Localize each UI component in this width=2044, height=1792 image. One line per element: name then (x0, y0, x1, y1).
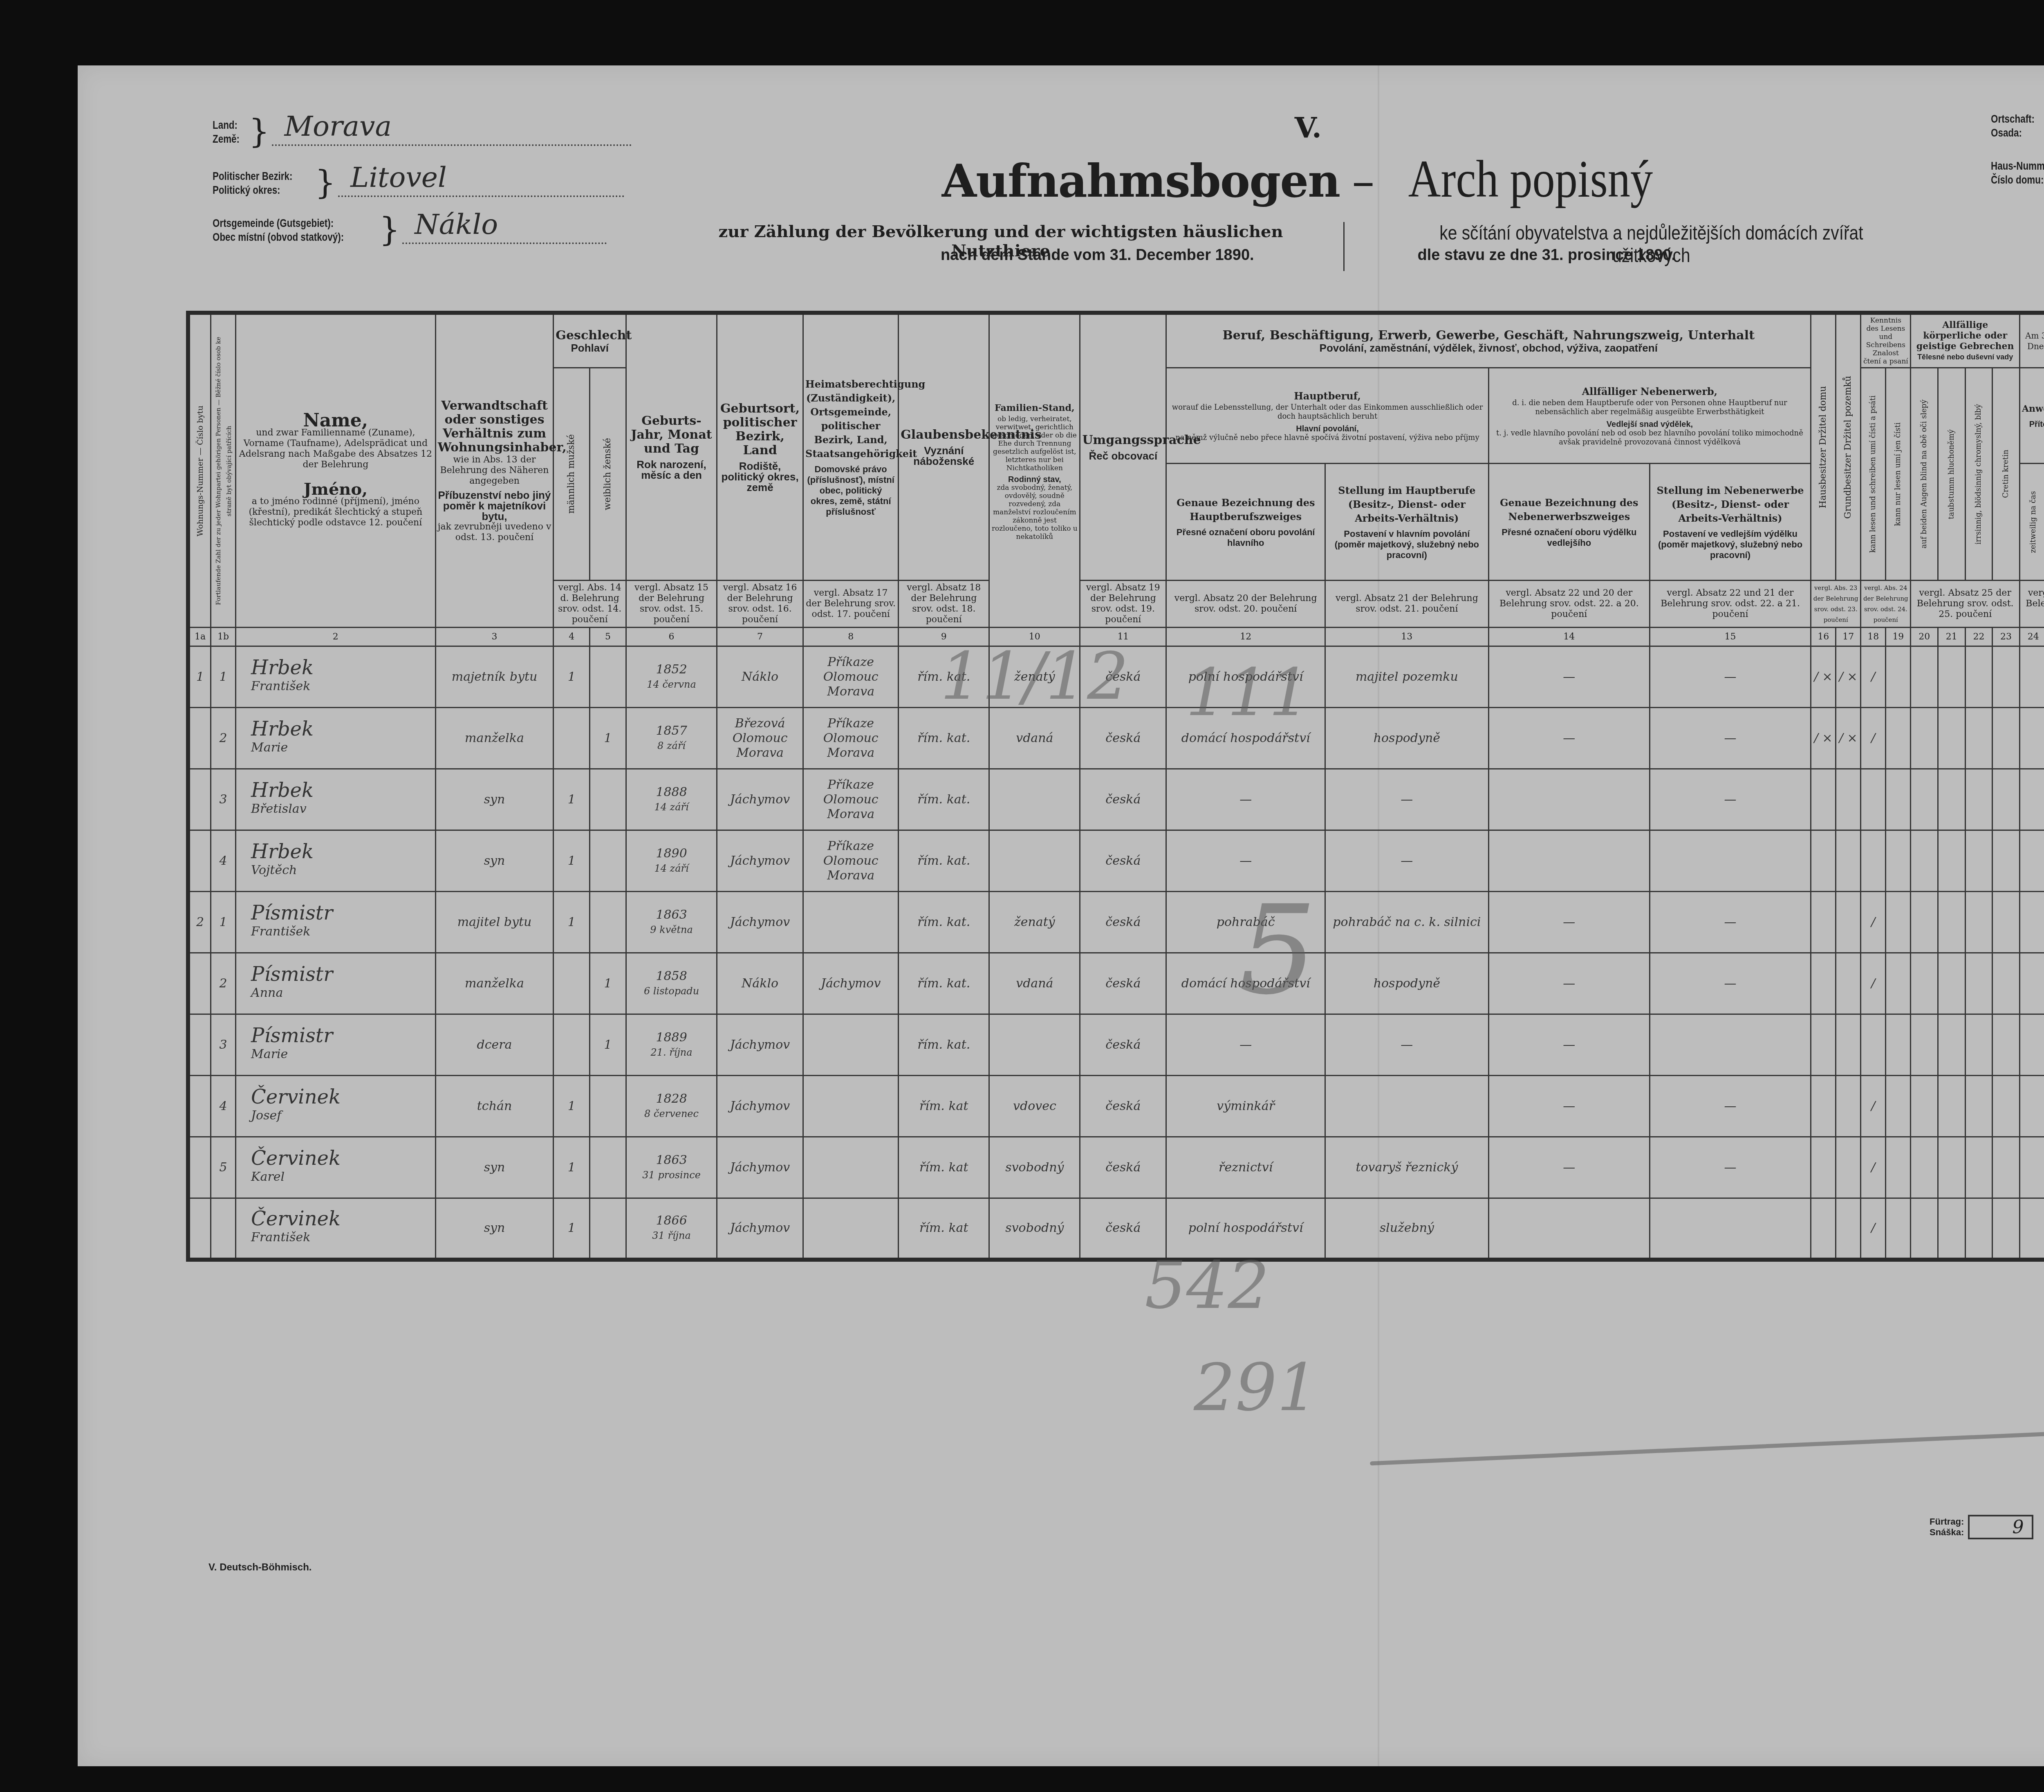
birth-day: 14 září (629, 800, 714, 814)
cell-c19 (1886, 769, 1911, 830)
cell-c14: — (1488, 708, 1650, 769)
cell-c9: řím. kat (899, 1137, 989, 1198)
cell-c1a (188, 1198, 211, 1260)
cell-c1b: 2 (211, 953, 236, 1014)
col-21-header: taubstumm hluchoněmý (1938, 368, 1966, 581)
surname: Písmistr (239, 906, 433, 920)
cell-c24 (2019, 953, 2044, 1014)
birth-day: 14 června (629, 677, 714, 692)
birth-year: 1866 (629, 1213, 714, 1228)
col-17-header: Grundbesitzer Držitel pozemků (1836, 313, 1861, 581)
cell-c8 (803, 892, 899, 953)
cell-c22 (1965, 646, 1992, 708)
name-cell: PísmistrAnna (236, 953, 436, 1014)
given-name: Anna (239, 986, 433, 1000)
cell-c3: manželka (435, 708, 554, 769)
cell-c11: česká (1080, 1198, 1166, 1260)
table-row: 4ČervinekJoseftchán118288 červenecJáchym… (188, 1076, 2044, 1137)
cell-c5 (590, 1137, 626, 1198)
note-13: vergl. Absatz 21 der Belehrung srov. ods… (1325, 581, 1489, 628)
cell-c18: / (1861, 1076, 1886, 1137)
cell-c13: — (1325, 769, 1489, 830)
column-number: 19 (1886, 628, 1911, 646)
birth-date-cell: 18578 září (626, 708, 717, 769)
cell-c7: Jáchymov (717, 892, 803, 953)
cell-c12: — (1166, 769, 1325, 830)
cell-c15 (1650, 1014, 1811, 1076)
birth-year: 1863 (629, 908, 714, 922)
col-4-header: männlich mužské (554, 368, 590, 581)
birth-year: 1888 (629, 785, 714, 800)
col-19-header: kann nur lesen umí jen čísti (1886, 368, 1911, 581)
column-number: 13 (1325, 628, 1489, 646)
cell-c9: řím. kat (899, 1198, 989, 1260)
cell-c13: — (1325, 1014, 1489, 1076)
cell-c20 (1911, 953, 1938, 1014)
column-number: 8 (803, 628, 899, 646)
note-9: vergl. Absatz 18 der Belehrung srov. ods… (899, 581, 989, 628)
cell-c13: hospodyně (1325, 708, 1489, 769)
cell-c12: — (1166, 1014, 1325, 1076)
note-12: vergl. Absatz 20 der Belehrung srov. ods… (1166, 581, 1325, 628)
column-number: 9 (899, 628, 989, 646)
cell-c13 (1325, 1076, 1489, 1137)
cell-c1b: 4 (211, 830, 236, 892)
column-number: 24 (2019, 628, 2044, 646)
cell-c13: — (1325, 830, 1489, 892)
column-number: 6 (626, 628, 717, 646)
cell-c21 (1938, 1076, 1966, 1137)
cell-c13: tovaryš řeznický (1325, 1137, 1489, 1198)
col-10-header: Familien-Stand, ob ledig, verheiratet, v… (989, 313, 1080, 628)
cell-c10: vdaná (989, 708, 1080, 769)
note-15: vergl. Absatz 22 und 21 der Belehrung sr… (1650, 581, 1811, 628)
cell-c12: výminkář (1166, 1076, 1325, 1137)
cell-c14: — (1488, 1014, 1650, 1076)
cell-c10: vdaná (989, 953, 1080, 1014)
birth-year: 1889 (629, 1030, 714, 1045)
cell-c7: Jáchymov (717, 1198, 803, 1260)
cell-c12: domácí hospodářství (1166, 708, 1325, 769)
birth-day: 31 prosince (629, 1168, 714, 1182)
cell-c22 (1965, 830, 1992, 892)
cell-c11: česká (1080, 1076, 1166, 1137)
cell-c24 (2019, 1076, 2044, 1137)
cell-c12: pohrabáč (1166, 892, 1325, 953)
note-11: vergl. Absatz 19 der Belehrung srov. ods… (1080, 581, 1166, 628)
column-number: 1b (211, 628, 236, 646)
cell-c8 (803, 1198, 899, 1260)
cell-c19 (1886, 953, 1911, 1014)
cell-c14: — (1488, 1076, 1650, 1137)
table-row: 3HrbekBřetislavsyn1188814 záříJáchymovPř… (188, 769, 2044, 830)
note-16-17: vergl. Abs. 23 der Belehrung srov. odst.… (1811, 581, 1861, 628)
cell-c9: řím. kat. (899, 830, 989, 892)
cell-c10: vdovec (989, 1076, 1080, 1137)
cell-c5 (590, 769, 626, 830)
cell-c20 (1911, 1137, 1938, 1198)
cell-c22 (1965, 892, 1992, 953)
cell-c1a (188, 769, 211, 830)
printer-note: V. Deutsch-Böhmisch. (208, 1562, 312, 1573)
cell-c24 (2019, 1198, 2044, 1260)
birth-year: 1863 (629, 1153, 714, 1168)
cell-c20 (1911, 1014, 1938, 1076)
cell-c10: ženatý (989, 646, 1080, 708)
cell-c17 (1836, 1198, 1861, 1260)
cell-c23 (1992, 830, 2020, 892)
col-14-header: Genaue Bezeichnung des Nebenerwerbszweig… (1488, 464, 1650, 581)
title-cz: Arch popisný (1408, 148, 1653, 210)
cell-c16: / × (1811, 646, 1836, 708)
given-name: František (239, 679, 433, 694)
cell-c17 (1836, 830, 1861, 892)
cell-c1a (188, 1014, 211, 1076)
cell-c9: řím. kat. (899, 892, 989, 953)
column-number-row: 1a1b234567891011121314151617181920212223… (188, 628, 2044, 646)
cell-c5: 1 (590, 1014, 626, 1076)
column-number: 3 (435, 628, 554, 646)
cell-c20 (1911, 892, 1938, 953)
cell-c15: — (1650, 769, 1811, 830)
cell-c17 (1836, 1014, 1861, 1076)
col-2-header: Name, und zwar Familienname (Zuname), Vo… (236, 313, 436, 628)
cell-c11: česká (1080, 708, 1166, 769)
cell-c19 (1886, 892, 1911, 953)
cell-c8: Příkaze Olomouc Morava (803, 769, 899, 830)
cell-c11: česká (1080, 646, 1166, 708)
cell-c10 (989, 830, 1080, 892)
cell-c23 (1992, 708, 2020, 769)
cell-c17 (1836, 1076, 1861, 1137)
cell-c11: česká (1080, 830, 1166, 892)
surname: Písmistr (239, 1028, 433, 1043)
given-name: František (239, 1230, 433, 1245)
given-name: Marie (239, 1047, 433, 1062)
header-row-1: Wohnungs-Nummer — Číslo bytu Fortlaufend… (188, 313, 2044, 368)
bezirk-label-cz: Politický okres: (213, 183, 292, 197)
name-cell: PísmistrMarie (236, 1014, 436, 1076)
cell-c8 (803, 1076, 899, 1137)
title-block: V. Aufnahmsbogen – Arch popisný zur Zähl… (675, 110, 1942, 264)
birth-year: 1858 (629, 969, 714, 984)
cell-c11: česká (1080, 953, 1166, 1014)
cell-c5: 1 (590, 953, 626, 1014)
cell-c1a: 1 (188, 646, 211, 708)
cell-c3: tchán (435, 1076, 554, 1137)
col-6-header: Geburts-Jahr, Monat und TagRok narození,… (626, 313, 717, 581)
cell-c23 (1992, 953, 2020, 1014)
cell-c4: 1 (554, 1076, 590, 1137)
birth-date-cell: 188814 září (626, 769, 717, 830)
surname: Hrbek (239, 844, 433, 859)
given-name: František (239, 924, 433, 939)
cell-c17 (1836, 892, 1861, 953)
cell-c4 (554, 708, 590, 769)
cell-c4: 1 (554, 1137, 590, 1198)
table-row: 11HrbekFrantišekmajetník bytu1185214 čer… (188, 646, 2044, 708)
surname: Červinek (239, 1090, 433, 1104)
col-20-23-header: Allfällige körperliche oder geistige Geb… (1911, 313, 2020, 368)
col-13-header: Stellung im Hauptberufe (Besitz-, Dienst… (1325, 464, 1489, 581)
table-row: ČervinekFrantišeksyn1186631 říjnaJáchymo… (188, 1198, 2044, 1260)
cell-c24 (2019, 708, 2044, 769)
bezirk-label-de: Politischer Bezirk: (213, 169, 292, 183)
cell-c22 (1965, 1137, 1992, 1198)
cell-c3: majetník bytu (435, 646, 554, 708)
cell-c5 (590, 830, 626, 892)
cell-c3: syn (435, 1137, 554, 1198)
cell-c8 (803, 1014, 899, 1076)
cell-c16 (1811, 769, 1836, 830)
col-9-header: GlaubensbekenntnisVyznání náboženské (899, 313, 989, 581)
cell-c4: 1 (554, 769, 590, 830)
column-number: 12 (1166, 628, 1325, 646)
cell-c23 (1992, 769, 2020, 830)
cell-c11: česká (1080, 892, 1166, 953)
cell-c5 (590, 1198, 626, 1260)
column-number: 20 (1911, 628, 1938, 646)
subtitle-divider (1343, 222, 1345, 271)
sum-label-de: Fürtrag: (1930, 1516, 1964, 1527)
cell-c11: česká (1080, 769, 1166, 830)
col-1b-header: Fortlaufende Zahl der zu jeder Wohnparte… (211, 313, 236, 628)
hausnummer-label-de: Haus-Nummer: (1991, 159, 2044, 173)
cell-c20 (1911, 769, 1938, 830)
cell-c15 (1650, 830, 1811, 892)
surname: Písmistr (239, 967, 433, 982)
cell-c18 (1861, 1014, 1886, 1076)
col-18-header: kann lesen und schreiben umí čísti a psá… (1861, 368, 1886, 581)
cell-c5 (590, 892, 626, 953)
cell-c17 (1836, 1137, 1861, 1198)
page-title: Aufnahmsbogen – Arch popisný (675, 148, 1942, 210)
cell-c4: 1 (554, 892, 590, 953)
cell-c15: — (1650, 953, 1811, 1014)
cell-c1b: 5 (211, 1137, 236, 1198)
cell-c17 (1836, 953, 1861, 1014)
cell-c23 (1992, 1076, 2020, 1137)
cell-c10: svobodný (989, 1198, 1080, 1260)
surname: Červinek (239, 1151, 433, 1166)
column-number: 11 (1080, 628, 1166, 646)
cell-c16 (1811, 1014, 1836, 1076)
hausnummer-label-cz: Číslo domu: (1991, 173, 2044, 187)
cell-c4: 1 (554, 1198, 590, 1260)
cell-c16 (1811, 953, 1836, 1014)
name-cell: HrbekFrantišek (236, 646, 436, 708)
cell-c4: 1 (554, 646, 590, 708)
col-12-15-header: Beruf, Beschäftigung, Erwerb, Gewerbe, G… (1166, 313, 1811, 368)
surname: Hrbek (239, 722, 433, 736)
census-rows: 11HrbekFrantišekmajetník bytu1185214 čer… (188, 646, 2044, 1260)
col-23-header: Cretin kretin (1992, 368, 2020, 581)
column-number: 23 (1992, 628, 2020, 646)
col-24-27-header: Am 31. December 1890 Dne 31. prosince 18… (2019, 313, 2044, 368)
column-number: 14 (1488, 628, 1650, 646)
cell-c13: pohrabáč na c. k. silnici (1325, 892, 1489, 953)
surname: Hrbek (239, 660, 433, 675)
cell-c18: / (1861, 646, 1886, 708)
birth-date-cell: 18639 května (626, 892, 717, 953)
ortschaft-label-de: Ortschaft: (1991, 112, 2035, 126)
given-name: Karel (239, 1170, 433, 1184)
cell-c9: řím. kat. (899, 708, 989, 769)
col-3-header: Verwandtschaft oder sonstiges Verhältnis… (435, 313, 554, 628)
cell-c24 (2019, 830, 2044, 892)
cell-c15: — (1650, 892, 1811, 953)
nebenerwerb-header: Allfälliger Nebenerwerb, d. i. die neben… (1488, 368, 1811, 464)
birth-day: 8 září (629, 738, 714, 753)
col-16-header: Hausbesitzer Držitel domu (1811, 313, 1836, 581)
birth-year: 1852 (629, 662, 714, 677)
cell-c7: Březová Olomouc Morava (717, 708, 803, 769)
cell-c18: / (1861, 953, 1886, 1014)
cell-c15 (1650, 1198, 1811, 1260)
cell-c21 (1938, 1198, 1966, 1260)
brace: } (315, 168, 336, 197)
col-11-header: UmgangsspracheŘeč obcovací (1080, 313, 1166, 581)
cell-c9: řím. kat. (899, 646, 989, 708)
cell-c7: Jáchymov (717, 769, 803, 830)
cell-c21 (1938, 892, 1966, 953)
birth-date-cell: 186331 prosince (626, 1137, 717, 1198)
cell-c19 (1886, 1014, 1911, 1076)
cell-c19 (1886, 1198, 1911, 1260)
cell-c20 (1911, 708, 1938, 769)
cell-c18: / (1861, 708, 1886, 769)
cell-c7: Jáchymov (717, 830, 803, 892)
cell-c9: řím. kat. (899, 769, 989, 830)
cell-c13: majitel pozemku (1325, 646, 1489, 708)
cell-c16 (1811, 1076, 1836, 1137)
birth-date-cell: 186631 října (626, 1198, 717, 1260)
name-cell: PísmistrFrantišek (236, 892, 436, 953)
cell-c22 (1965, 1014, 1992, 1076)
table-row: 3PísmistrMariedcera1188921. říjnaJáchymo… (188, 1014, 2044, 1076)
cell-c19 (1886, 1137, 1911, 1198)
cell-c11: česká (1080, 1137, 1166, 1198)
note-45: vergl. Abs. 14 d. Belehrung srov. odst. … (554, 581, 626, 628)
sum-value: 9 (1968, 1515, 2033, 1539)
cell-c1b: 1 (211, 646, 236, 708)
cell-c23 (1992, 892, 2020, 953)
cell-c1b: 4 (211, 1076, 236, 1137)
cell-c1b (211, 1198, 236, 1260)
cell-c13: hospodyně (1325, 953, 1489, 1014)
cell-c9: řím. kat. (899, 953, 989, 1014)
cell-c1a (188, 708, 211, 769)
cell-c19 (1886, 830, 1911, 892)
cell-c24 (2019, 1137, 2044, 1198)
note-18-19: vergl. Abs. 24 der Belehrung srov. odst.… (1861, 581, 1911, 628)
given-name: Břetislav (239, 802, 433, 816)
cell-c21 (1938, 769, 1966, 830)
given-name: Vojtěch (239, 863, 433, 878)
cell-c24 (2019, 646, 2044, 708)
column-number: 21 (1938, 628, 1966, 646)
column-number: 2 (236, 628, 436, 646)
land-label-cz: Země: (213, 132, 240, 146)
column-number: 16 (1811, 628, 1836, 646)
cell-c19 (1886, 708, 1911, 769)
cell-c14: — (1488, 646, 1650, 708)
birth-date-cell: 185214 června (626, 646, 717, 708)
col-12-header: Genaue Bezeichnung des Hauptberufszweige… (1166, 464, 1325, 581)
cell-c12: — (1166, 830, 1325, 892)
birth-date-cell: 18586 listopadu (626, 953, 717, 1014)
cell-c16 (1811, 830, 1836, 892)
cell-c8: Příkaze Olomouc Morava (803, 646, 899, 708)
col-45-header: Geschlecht Pohlaví (554, 313, 626, 368)
land-value: Morava (272, 110, 632, 146)
column-number: 15 (1650, 628, 1811, 646)
cell-c1b: 1 (211, 892, 236, 953)
anwesend-header: AnwesendPřítomný (2019, 368, 2044, 464)
birth-day: 14 září (629, 861, 714, 876)
cell-c17 (1836, 769, 1861, 830)
surname: Hrbek (239, 783, 433, 798)
cell-c23 (1992, 1014, 2020, 1076)
given-name: Marie (239, 740, 433, 755)
cell-c21 (1938, 1137, 1966, 1198)
col-7-header: Geburtsort, politischer Bezirk, LandRodi… (717, 313, 803, 581)
field-land: Land: Země: } Morava (213, 110, 632, 146)
cell-c15: — (1650, 1076, 1811, 1137)
cell-c17: / × (1836, 646, 1861, 708)
name-cell: ČervinekKarel (236, 1137, 436, 1198)
cell-c3: syn (435, 830, 554, 892)
cell-c22 (1965, 1198, 1992, 1260)
cell-c14 (1488, 769, 1650, 830)
cell-c12: domácí hospodářství (1166, 953, 1325, 1014)
hauptberuf-header: Hauptberuf, worauf die Lebensstellung, d… (1166, 368, 1488, 464)
cell-c21 (1938, 953, 1966, 1014)
birth-day: 9 května (629, 922, 714, 937)
title-de: Aufnahmsbogen (942, 155, 1340, 207)
cell-c10: ženatý (989, 892, 1080, 953)
cell-c14 (1488, 830, 1650, 892)
cell-c18: / (1861, 1198, 1886, 1260)
cell-c18: / (1861, 1137, 1886, 1198)
cell-c20 (1911, 646, 1938, 708)
cell-c1a (188, 1137, 211, 1198)
given-name: Josef (239, 1108, 433, 1123)
ortschaft-label-cz: Osada: (1991, 126, 2035, 140)
table-row: 2PísmistrAnnamanželka118586 listopaduNák… (188, 953, 2044, 1014)
cell-c12: polní hospodářství (1166, 1198, 1325, 1260)
cell-c4 (554, 953, 590, 1014)
cell-c3: manželka (435, 953, 554, 1014)
cell-c1a (188, 830, 211, 892)
cell-c20 (1911, 1076, 1938, 1137)
cell-c7: Náklo (717, 646, 803, 708)
cell-c1a: 2 (188, 892, 211, 953)
cell-c8: Příkaze Olomouc Morava (803, 708, 899, 769)
surname: Červinek (239, 1211, 433, 1226)
field-ortschaft: Ortschaft: Osada: } Jáchymov (1991, 104, 2044, 140)
cell-c3: dcera (435, 1014, 554, 1076)
subtitle-cz: ke sčítání obyvatelstva a nejdůležitější… (1405, 222, 1898, 271)
table-row: 2HrbekMariemanželka118578 záříBřezová Ol… (188, 708, 2044, 769)
note-14: vergl. Absatz 22 und 20 der Belehrung sr… (1488, 581, 1650, 628)
name-cell: HrbekMarie (236, 708, 436, 769)
column-number: 18 (1861, 628, 1886, 646)
cell-c10 (989, 1014, 1080, 1076)
carry-over-sum: Fürtrag: Snáška: 9 (1930, 1515, 2033, 1539)
cell-c3: majitel bytu (435, 892, 554, 953)
brace: } (379, 215, 400, 244)
